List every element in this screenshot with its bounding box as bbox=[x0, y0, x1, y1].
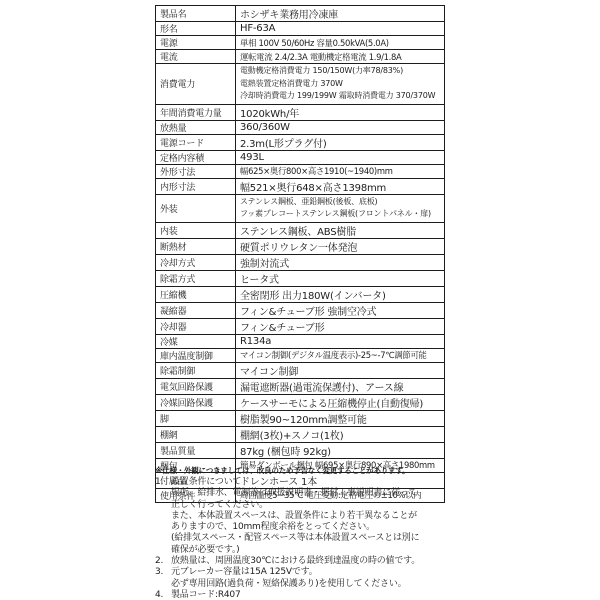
spec-row: 除霜制御マイコン制御 bbox=[156, 362, 445, 378]
note-number: 4. bbox=[155, 590, 171, 600]
spec-row: 電源コード2.3m(L形プラグ付) bbox=[156, 134, 445, 150]
note-number: 2. bbox=[155, 556, 171, 567]
spec-label: 製品名 bbox=[156, 6, 236, 22]
spec-label: 冷却器 bbox=[156, 318, 236, 334]
spec-value: 493L bbox=[236, 150, 445, 164]
note-item: 1.設置条件について bbox=[155, 477, 465, 488]
spec-value: マイコン制御 bbox=[236, 362, 445, 378]
spec-value: HF-63A bbox=[236, 22, 445, 36]
spec-value: フィン&チューブ形 強制空冷式 bbox=[236, 302, 445, 318]
spec-label: 年間消費電力量 bbox=[156, 104, 236, 120]
spec-label: 電源コード bbox=[156, 134, 236, 150]
spec-value: ホシザキ業務用冷凍庫 bbox=[236, 6, 445, 22]
notes-section: ※仕様・外観につきましては、改良のため予告なく変更することがあります。 1.設置… bbox=[155, 464, 465, 600]
note-number: 1. bbox=[155, 477, 171, 488]
spec-row: 圧縮機全密閉形 出力180W(インバータ) bbox=[156, 286, 445, 302]
spec-table-body: 製品名ホシザキ業務用冷凍庫形名HF-63A電源単相 100V 50/60Hz 容… bbox=[156, 6, 445, 503]
note-items: 1.設置条件について場所、給排水、電源等は取扱説明書・据付工事説明書に従って正し… bbox=[155, 477, 465, 600]
spec-row: 電源単相 100V 50/60Hz 容量0.50kVA(5.0A) bbox=[156, 36, 445, 50]
spec-value: 電動機定格消費電力 150/150W(力率78/83%)電熱装置定格消費電力 3… bbox=[236, 64, 445, 105]
spec-label: 圧縮機 bbox=[156, 286, 236, 302]
spec-label: 製品質量 bbox=[156, 442, 236, 458]
spec-row: 庫内温度制御マイコン制御(デジタル温度表示)-25~-7℃調節可能 bbox=[156, 348, 445, 362]
spec-row: 凝縮器フィン&チューブ形 強制空冷式 bbox=[156, 302, 445, 318]
spec-label: 消費電力 bbox=[156, 64, 236, 105]
spec-label: 冷媒回路保護 bbox=[156, 394, 236, 410]
spec-value: 単相 100V 50/60Hz 容量0.50kVA(5.0A) bbox=[236, 36, 445, 50]
spec-value: 強制対流式 bbox=[236, 254, 445, 270]
spec-value: マイコン制御(デジタル温度表示)-25~-7℃調節可能 bbox=[236, 348, 445, 362]
spec-row: 冷媒回路保護ケースサーモによる圧縮機停止(自動復帰) bbox=[156, 394, 445, 410]
spec-label: 外装 bbox=[156, 194, 236, 222]
spec-row: 内形寸法幅521×奥行648×高さ1398mm bbox=[156, 178, 445, 194]
note-item-continuation: 必ず専用回路(過負荷・短絡保護あり)を使用してください。 bbox=[155, 579, 465, 590]
spec-label: 除霜方式 bbox=[156, 270, 236, 286]
spec-row: 除霜方式ヒータ式 bbox=[156, 270, 445, 286]
spec-value: 1020kWh/年 bbox=[236, 104, 445, 120]
spec-label: 除霜制御 bbox=[156, 362, 236, 378]
note-item-continuation: ありますので、10mm程度余裕をとってください。 bbox=[155, 522, 465, 533]
spec-value-line: 冷却時消費電力 199/199W 霜取時消費電力 370/370W bbox=[240, 90, 441, 103]
spec-value: ステンレス鋼板、亜鉛鋼板(後板、底板)フッ素プレコートステンレス鋼板(フロントパ… bbox=[236, 194, 445, 222]
spec-value: 2.3m(L形プラグ付) bbox=[236, 134, 445, 150]
spec-value: 樹脂製90~120mm調整可能 bbox=[236, 410, 445, 426]
spec-value: 硬質ポリウレタン一体発泡 bbox=[236, 238, 445, 254]
spec-label: 放熱量 bbox=[156, 120, 236, 134]
spec-value: 幅625×奥行800×高さ1910(~1940)mm bbox=[236, 164, 445, 178]
spec-row: 冷却方式強制対流式 bbox=[156, 254, 445, 270]
note-item-continuation: また、本体設置スペースは、設置条件により若干異なることが bbox=[155, 511, 465, 522]
spec-label: 断熱材 bbox=[156, 238, 236, 254]
spec-row: 外装ステンレス鋼板、亜鉛鋼板(後板、底板)フッ素プレコートステンレス鋼板(フロン… bbox=[156, 194, 445, 222]
spec-row: 脚樹脂製90~120mm調整可能 bbox=[156, 410, 445, 426]
note-item-continuation: 正しく行ってください。 bbox=[155, 500, 465, 511]
spec-value-line: ステンレス鋼板、亜鉛鋼板(後板、底板) bbox=[240, 196, 441, 209]
spec-table: 製品名ホシザキ業務用冷凍庫形名HF-63A電源単相 100V 50/60Hz 容… bbox=[155, 5, 445, 503]
note-text: 設置条件について bbox=[171, 477, 241, 487]
spec-label: 電流 bbox=[156, 50, 236, 64]
spec-row: 外形寸法幅625×奥行800×高さ1910(~1940)mm bbox=[156, 164, 445, 178]
spec-value: 漏電遮断器(過電流保護付)、アース線 bbox=[236, 378, 445, 394]
spec-row: 内装ステンレス鋼板、ABS樹脂 bbox=[156, 222, 445, 238]
note-text: 製品コード:R407 bbox=[171, 590, 240, 600]
spec-label: 内装 bbox=[156, 222, 236, 238]
spec-value: 87kg (梱包時 92kg) bbox=[236, 442, 445, 458]
spec-label: 形名 bbox=[156, 22, 236, 36]
spec-value-line: フッ素プレコートステンレス鋼板(フロントパネル・扉) bbox=[240, 208, 441, 221]
note-item-continuation: 場所、給排水、電源等は取扱説明書・据付工事説明書に従って bbox=[155, 488, 465, 499]
note-item: 3.元ブレーカー容量は15A 125Vです。 bbox=[155, 567, 465, 578]
spec-row: 製品名ホシザキ業務用冷凍庫 bbox=[156, 6, 445, 22]
note-item: 2.放熱量は、周囲温度30℃における最終到達温度の時の値です。 bbox=[155, 556, 465, 567]
spec-sheet-page: 製品名ホシザキ業務用冷凍庫形名HF-63A電源単相 100V 50/60Hz 容… bbox=[0, 0, 600, 600]
spec-row: 定格内容積493L bbox=[156, 150, 445, 164]
spec-label: 電気回路保護 bbox=[156, 378, 236, 394]
spec-label: 凝縮器 bbox=[156, 302, 236, 318]
spec-row: 製品質量87kg (梱包時 92kg) bbox=[156, 442, 445, 458]
spec-value: R134a bbox=[236, 334, 445, 348]
spec-row: 冷媒R134a bbox=[156, 334, 445, 348]
note-item-continuation: (給排気スペース・配管スペース等は本体設置スペースとは別に bbox=[155, 533, 465, 544]
note-text: 元ブレーカー容量は15A 125Vです。 bbox=[171, 567, 318, 577]
spec-label: 棚網 bbox=[156, 426, 236, 442]
spec-row: 消費電力電動機定格消費電力 150/150W(力率78/83%)電熱装置定格消費… bbox=[156, 64, 445, 105]
spec-value: ステンレス鋼板、ABS樹脂 bbox=[236, 222, 445, 238]
spec-label: 定格内容積 bbox=[156, 150, 236, 164]
spec-row: 形名HF-63A bbox=[156, 22, 445, 36]
spec-label: 電源 bbox=[156, 36, 236, 50]
spec-value: ケースサーモによる圧縮機停止(自動復帰) bbox=[236, 394, 445, 410]
spec-label: 内形寸法 bbox=[156, 178, 236, 194]
spec-row: 冷却器フィン&チューブ形 bbox=[156, 318, 445, 334]
spec-value-line: 電動機定格消費電力 150/150W(力率78/83%) bbox=[240, 65, 441, 78]
note-text: 放熱量は、周囲温度30℃における最終到達温度の時の値です。 bbox=[171, 556, 420, 566]
spec-value: フィン&チューブ形 bbox=[236, 318, 445, 334]
note-item-continuation: 確保が必要です。) bbox=[155, 545, 465, 556]
spec-value: 360/360W bbox=[236, 120, 445, 134]
disclaimer-text: ※仕様・外観につきましては、改良のため予告なく変更することがあります。 bbox=[155, 464, 465, 477]
spec-value: 棚網(3枚)+スノコ(1枚) bbox=[236, 426, 445, 442]
spec-row: 電気回路保護漏電遮断器(過電流保護付)、アース線 bbox=[156, 378, 445, 394]
spec-label: 冷媒 bbox=[156, 334, 236, 348]
spec-value: 幅521×奥行648×高さ1398mm bbox=[236, 178, 445, 194]
spec-value: 全密閉形 出力180W(インバータ) bbox=[236, 286, 445, 302]
spec-label: 脚 bbox=[156, 410, 236, 426]
spec-row: 年間消費電力量1020kWh/年 bbox=[156, 104, 445, 120]
spec-label: 冷却方式 bbox=[156, 254, 236, 270]
spec-row: 断熱材硬質ポリウレタン一体発泡 bbox=[156, 238, 445, 254]
note-item: 4.製品コード:R407 bbox=[155, 590, 465, 600]
note-number: 3. bbox=[155, 567, 171, 578]
spec-row: 電流運転電流 2.4/2.3A 電動機定格電流 1.9/1.8A bbox=[156, 50, 445, 64]
spec-row: 棚網棚網(3枚)+スノコ(1枚) bbox=[156, 426, 445, 442]
spec-value: ヒータ式 bbox=[236, 270, 445, 286]
spec-value-line: 電熱装置定格消費電力 370W bbox=[240, 78, 441, 91]
spec-label: 外形寸法 bbox=[156, 164, 236, 178]
spec-row: 放熱量360/360W bbox=[156, 120, 445, 134]
spec-label: 庫内温度制御 bbox=[156, 348, 236, 362]
spec-value: 運転電流 2.4/2.3A 電動機定格電流 1.9/1.8A bbox=[236, 50, 445, 64]
